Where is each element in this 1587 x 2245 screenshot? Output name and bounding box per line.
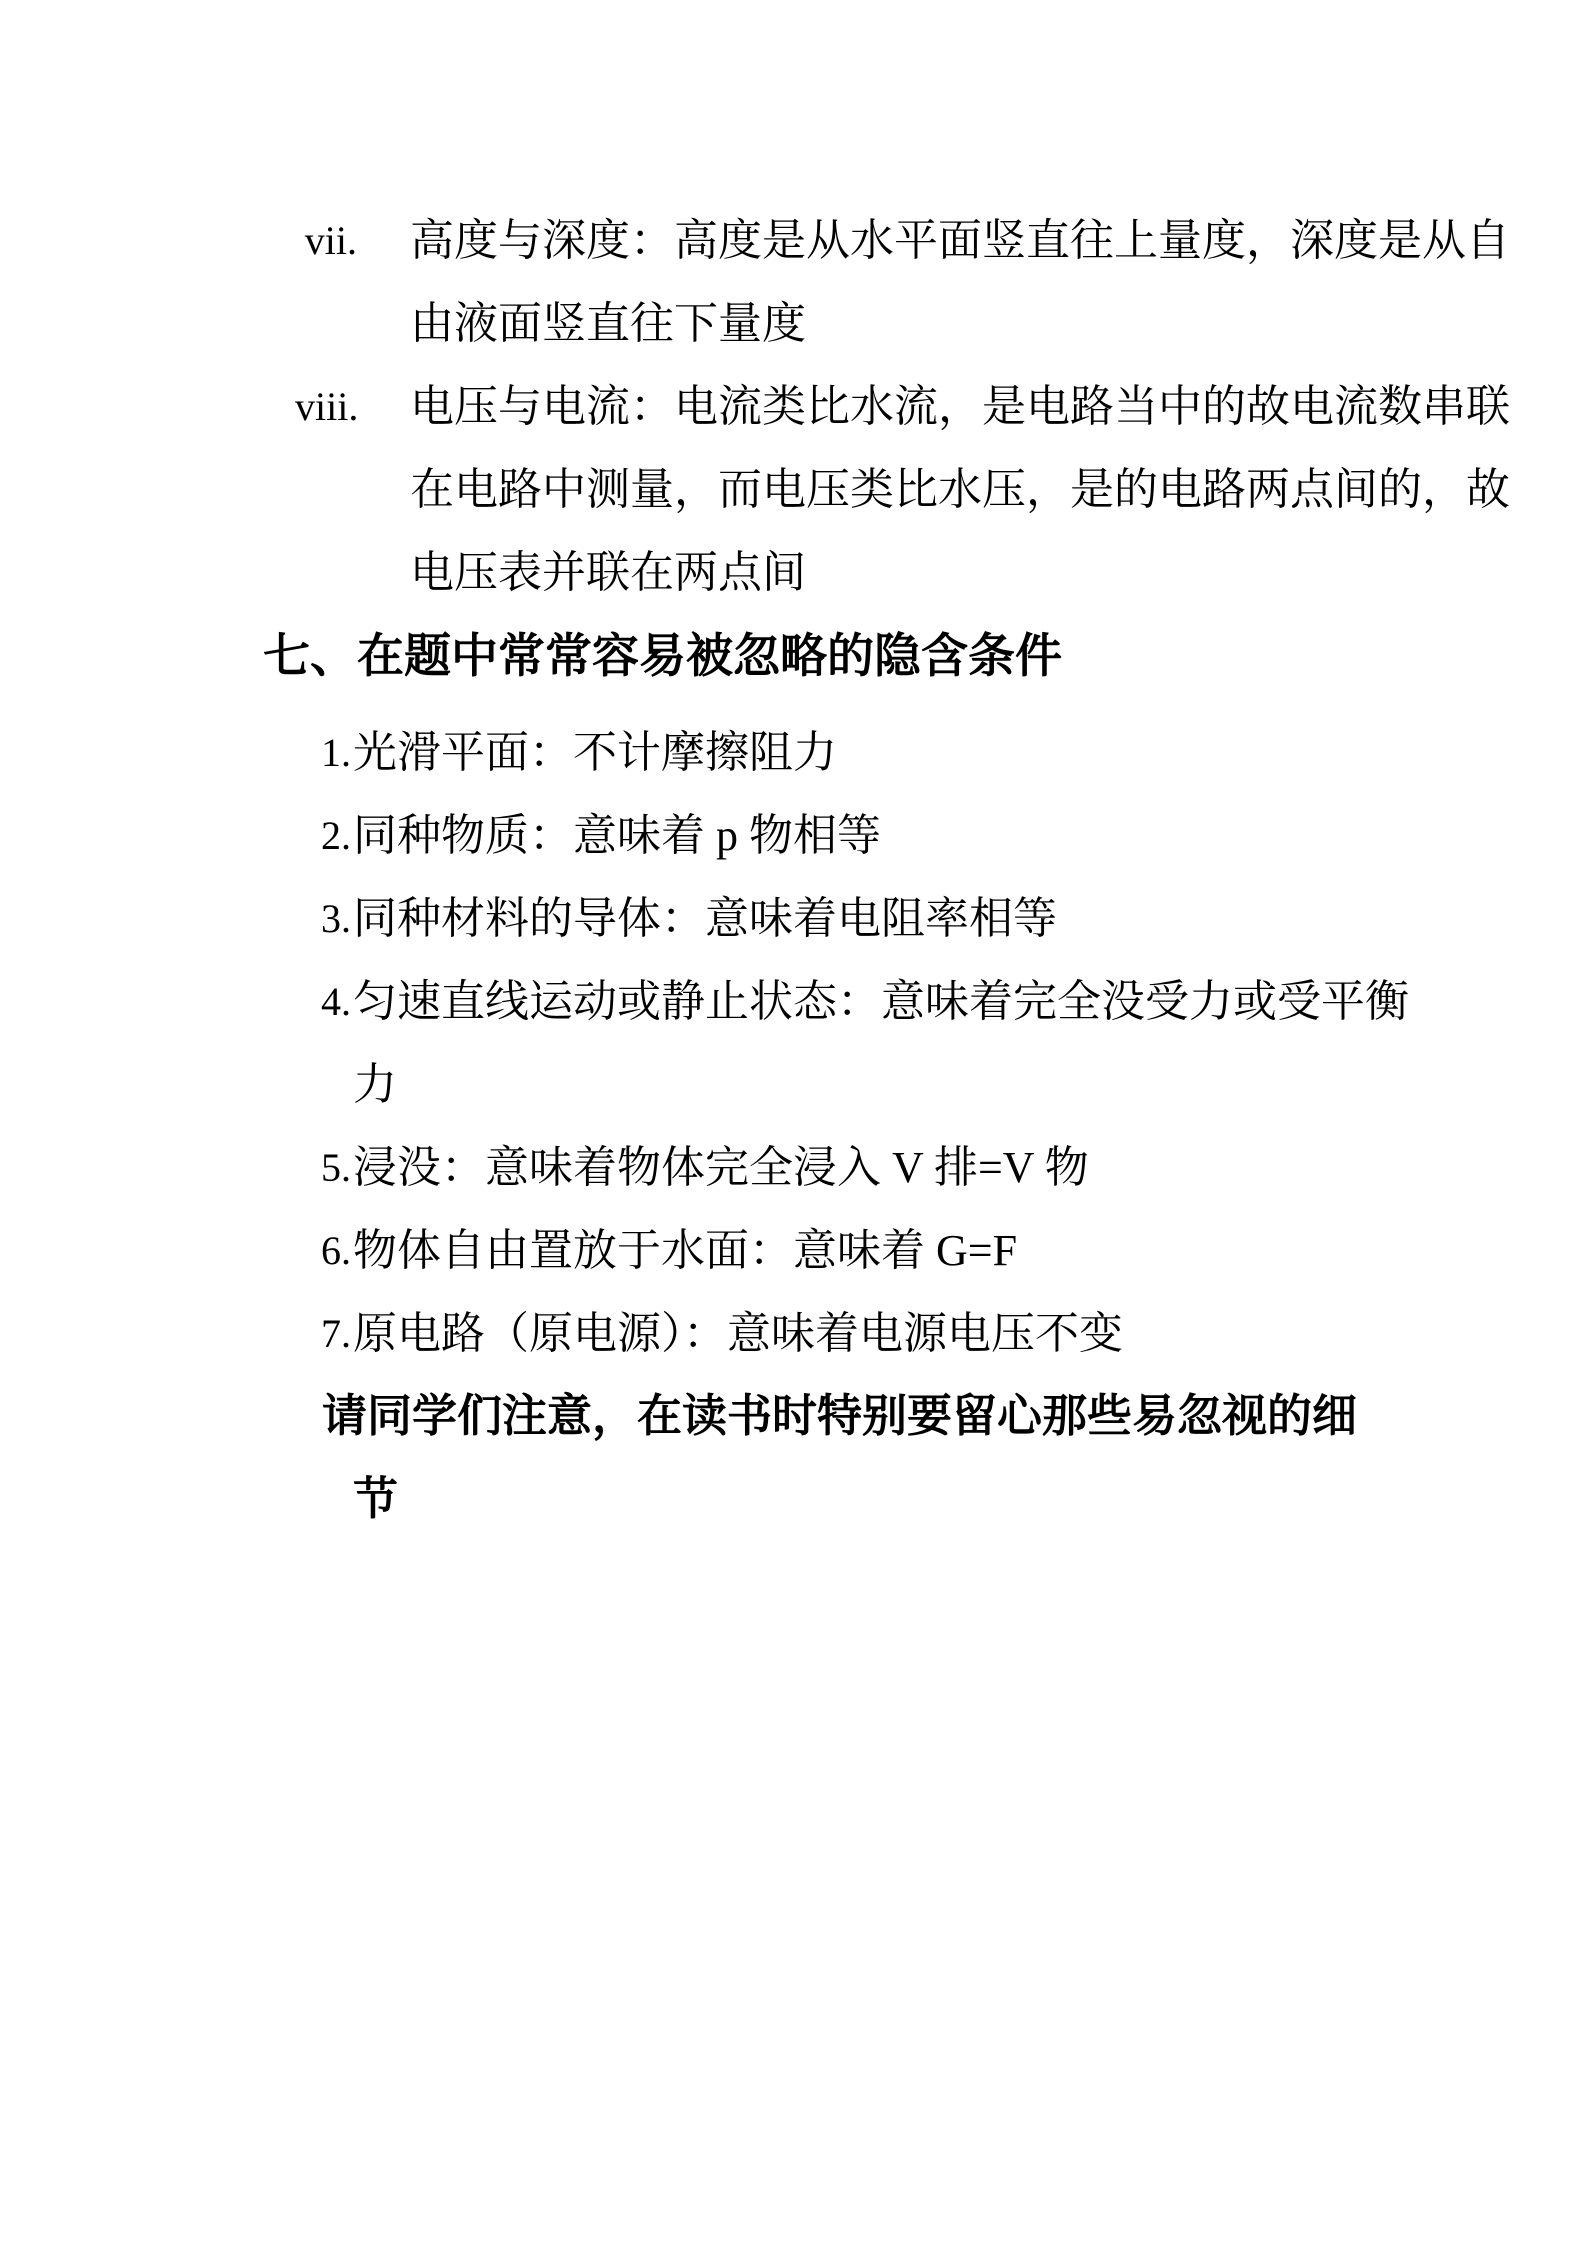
- numbered-list: 1. 光滑平面：不计摩擦阻力 2. 同种物质：意味着 p 物相等 3. 同种材料…: [0, 711, 1587, 1375]
- text-line: 高度与深度：高度是从水平面竖直往上量度，深度是从自: [410, 199, 1587, 282]
- list-marker: vii.: [295, 199, 357, 282]
- text-line: 原电路（原电源）：意味着电源电压不变: [353, 1292, 1587, 1375]
- list-marker: 1.: [321, 711, 351, 794]
- list-marker: 2.: [321, 794, 351, 877]
- list-marker: 5.: [321, 1126, 351, 1209]
- closing-note: 请同学们注意，在读书时特别要留心那些易忽视的细 节: [353, 1375, 1587, 1541]
- text-line: 同种材料的导体：意味着电阻率相等: [353, 877, 1587, 960]
- text-line: 物体自由置放于水面：意味着 G=F: [353, 1209, 1587, 1292]
- list-item-5: 5. 浸没：意味着物体完全浸入 V 排=V 物: [353, 1126, 1587, 1209]
- list-item-3: 3. 同种材料的导体：意味着电阻率相等: [353, 877, 1587, 960]
- document-page: vii. 高度与深度：高度是从水平面竖直往上量度，深度是从自 由液面竖直往下量度…: [0, 0, 1587, 2245]
- list-marker: viii.: [295, 365, 357, 448]
- list-marker: 7.: [321, 1292, 351, 1375]
- list-item-vii: vii. 高度与深度：高度是从水平面竖直往上量度，深度是从自 由液面竖直往下量度: [410, 199, 1587, 365]
- list-marker: 6.: [321, 1209, 351, 1292]
- list-item-viii: viii. 电压与电流：电流类比水流，是电路当中的故电流数串联 在电路中测量，而…: [410, 365, 1587, 614]
- text-line: 电压表并联在两点间: [410, 531, 1587, 614]
- text-line: 匀速直线运动或静止状态：意味着完全没受力或受平衡: [353, 960, 1587, 1043]
- text-line: 请同学们注意，在读书时特别要留心那些易忽视的细: [322, 1375, 1587, 1458]
- list-item-7: 7. 原电路（原电源）：意味着电源电压不变: [353, 1292, 1587, 1375]
- section-heading: 七、在题中常常容易被忽略的隐含条件: [263, 614, 1587, 697]
- text-line: 力: [353, 1043, 1587, 1126]
- list-marker: 3.: [321, 877, 351, 960]
- text-line: 在电路中测量，而电压类比水压，是的电路两点间的，故: [410, 448, 1587, 531]
- text-line: 光滑平面：不计摩擦阻力: [353, 711, 1587, 794]
- text-line: 由液面竖直往下量度: [410, 282, 1587, 365]
- text-line: 节: [353, 1458, 1587, 1541]
- text-line: 浸没：意味着物体完全浸入 V 排=V 物: [353, 1126, 1587, 1209]
- text-line: 电压与电流：电流类比水流，是电路当中的故电流数串联: [410, 365, 1587, 448]
- list-item-1: 1. 光滑平面：不计摩擦阻力: [353, 711, 1587, 794]
- list-marker: 4.: [321, 960, 351, 1043]
- list-item-4: 4. 匀速直线运动或静止状态：意味着完全没受力或受平衡 力: [353, 960, 1587, 1126]
- text-line: 同种物质：意味着 p 物相等: [353, 794, 1587, 877]
- roman-numeral-list: vii. 高度与深度：高度是从水平面竖直往上量度，深度是从自 由液面竖直往下量度…: [0, 199, 1587, 614]
- list-item-6: 6. 物体自由置放于水面：意味着 G=F: [353, 1209, 1587, 1292]
- list-item-2: 2. 同种物质：意味着 p 物相等: [353, 794, 1587, 877]
